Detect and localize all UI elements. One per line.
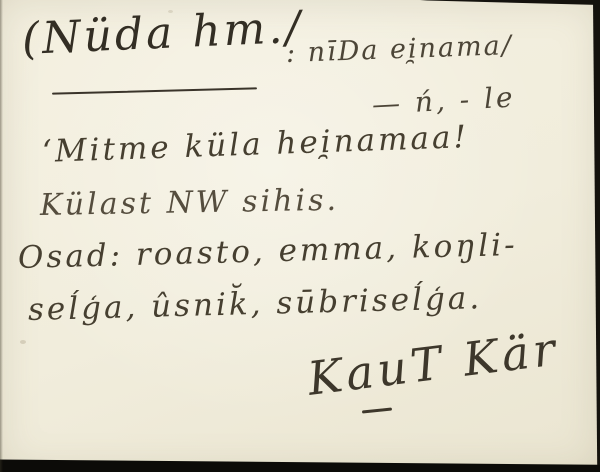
- card-heading: (Nüda hm./: [21, 2, 304, 65]
- body-line-parts-2: seĺģa, ûsnik̆, sūbriseĺģa.: [28, 280, 483, 328]
- heading-underline: [52, 87, 257, 94]
- collector-signature: KauT Kär: [305, 321, 562, 405]
- body-line-parts-1: Osad: roasto, emma, koŋli-: [18, 227, 518, 276]
- card-edge-shadow-left: [0, 0, 3, 472]
- body-line-meaning: ʻMitme küla hei̯namaa!: [41, 119, 469, 170]
- paper-blemish: [20, 340, 26, 344]
- signature-underline: [362, 407, 392, 413]
- phonetic-transcription: : nīDa ei̯nama/: [285, 30, 513, 69]
- paper-blemish: [168, 10, 173, 13]
- case-endings-note: — ń, - le: [371, 81, 516, 121]
- body-line-location: Külast NW sihis.: [40, 183, 340, 223]
- scanned-card-photo: (Nüda hm./ : nīDa ei̯nama/ — ń, - le ʻMi…: [0, 0, 600, 472]
- index-card: (Nüda hm./ : nīDa ei̯nama/ — ń, - le ʻMi…: [0, 0, 600, 472]
